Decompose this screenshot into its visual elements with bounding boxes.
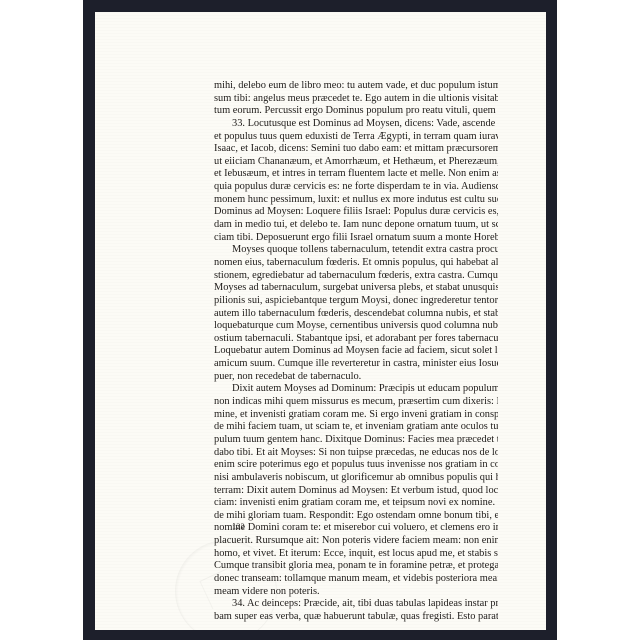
text-line: monem hunc pessimum, luxit: et nullus ex…	[214, 194, 498, 207]
text-line: 34. Ac deinceps: Præcide, ait, tibi duas…	[214, 598, 498, 611]
text-line: ciam: invenisti enim gratiam coram me, e…	[214, 497, 498, 510]
text-line: homo, et vivet. Et iterum: Ecce, inquit,…	[214, 548, 498, 561]
text-line: meam videre non poteris.	[214, 586, 498, 599]
text-line: Moyses quoque tollens tabernaculum, tete…	[214, 244, 498, 257]
text-line: dam in medio tui, et delebo te. Iam nunc…	[214, 219, 498, 232]
text-line: de mihi gloriam tuam. Respondit: Ego ost…	[214, 510, 498, 523]
text-line: loquebaturque cum Moyse, cernentibus uni…	[214, 320, 498, 333]
text-line: dabo tibi. Et ait Moyses: Si non tuipse …	[214, 447, 498, 460]
body-text: mihi, delebo eum de libro meo: tu autem …	[214, 80, 498, 624]
text-line: ut eiiciam Chananæum, et Amorrhæum, et H…	[214, 156, 498, 169]
text-line: nomen eius, tabernaculum fœderis. Et omn…	[214, 257, 498, 270]
text-line: placuerit. Rursumque ait: Non poteris vi…	[214, 535, 498, 548]
text-line: Dixit autem Moyses ad Dominum: Præcipis …	[214, 383, 498, 396]
text-line: sum tibi: angelus meus præcedet te. Ego …	[214, 93, 498, 106]
text-line: mine, et invenisti gratiam coram me. Si …	[214, 409, 498, 422]
text-line: Dominus ad Moysen: Loquere filiis Israel…	[214, 206, 498, 219]
text-line: nomine Domini coram te: et miserebor cui…	[214, 522, 498, 535]
text-line: ostium tabernaculi. Stabantque ipsi, et …	[214, 333, 498, 346]
book-page: mihi, delebo eum de libro meo: tu autem …	[95, 12, 546, 630]
text-line: enim scire poterimus ego et populus tuus…	[214, 459, 498, 472]
text-line: mihi, delebo eum de libro meo: tu autem …	[214, 80, 498, 93]
text-line: puer, non recedebat de tabernaculo.	[214, 371, 498, 384]
text-line: pilionis sui, aspiciebantque tergum Moys…	[214, 295, 498, 308]
text-line: nisi ambulaveris nobiscum, ut glorificem…	[214, 472, 498, 485]
text-line: non indicas mihi quem missurus es mecum,…	[214, 396, 498, 409]
text-line: bam super eas verba, quæ habuerunt tabul…	[214, 611, 498, 624]
text-line: ciam tibi. Deposuerunt ergo filii Israel…	[214, 232, 498, 245]
text-line: pulum tuum gentem hanc. Dixitque Dominus…	[214, 434, 498, 447]
text-line: autem illo tabernaculum fœderis, descend…	[214, 308, 498, 321]
text-line: amicum suum. Cumque ille reverteretur in…	[214, 358, 498, 371]
text-line: et Iebusæum, et intres in terram fluente…	[214, 168, 498, 181]
text-line: 33. Locutusque est Dominus ad Moysen, di…	[214, 118, 498, 131]
text-line: terram: Dixit autem Dominus ad Moysen: E…	[214, 485, 498, 498]
text-line: stionem, egrediebatur ad tabernaculum fœ…	[214, 270, 498, 283]
text-line: tum eorum. Percussit ergo Dominus populu…	[214, 105, 498, 118]
text-line: de mihi faciem tuam, ut sciam te, et inv…	[214, 421, 498, 434]
text-line: quia populus duræ cervicis es: ne forte …	[214, 181, 498, 194]
text-line: Cumque transibit gloria mea, ponam te in…	[214, 560, 498, 573]
text-line: Loquebatur autem Dominus ad Moysen facie…	[214, 345, 498, 358]
text-line: donec transeam: tollamque manum meam, et…	[214, 573, 498, 586]
page-number: 122	[232, 521, 245, 531]
text-line: Moyses ad tabernaculum, surgebat univers…	[214, 282, 498, 295]
text-line: Isaac, et Iacob, dicens: Semini tuo dabo…	[214, 143, 498, 156]
text-line: et populus tuus quem eduxisti de Terra Æ…	[214, 131, 498, 144]
